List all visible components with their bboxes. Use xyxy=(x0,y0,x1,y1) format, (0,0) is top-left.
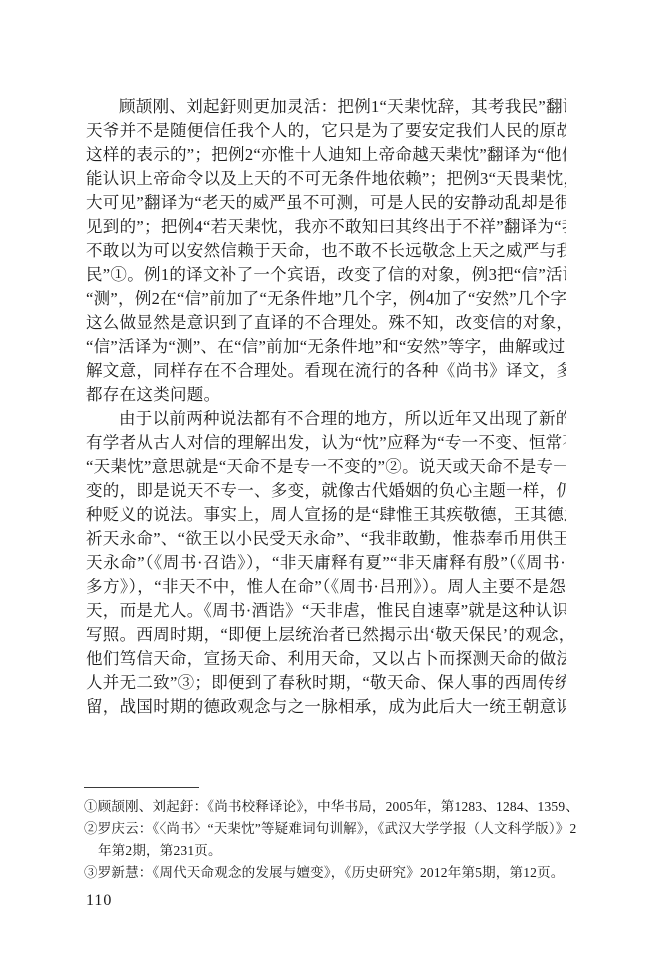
body-line: 解文意，同样存在不合理处。看现在流行的各种《尚书》译文，多多少少 xyxy=(86,359,566,383)
body-line: 种贬义的说法。事实上，周人宣扬的是“肆惟王其疾敬德，王其德之，用 xyxy=(86,503,566,527)
body-line: 见到的”；把例4“若天棐忱，我亦不敢知曰其终出于不祥”翻译为“我也 xyxy=(86,215,566,239)
body-line: 天爷并不是随便信任我个人的，它只是为了要安定我们人民的原故才有 xyxy=(86,119,566,143)
body-line: 这么做显然是意识到了直译的不合理处。殊不知，改变信的对象，把 xyxy=(86,311,566,335)
body-line: 留，战国时期的德政观念与之一脉相承，成为此后大一统王朝意识形态 xyxy=(86,695,566,719)
body-line: 大可见”翻译为“老天的威严虽不可测，可是人民的安静动乱却是很容易 xyxy=(86,191,566,215)
footnote-line: ③罗新慧：《周代天命观念的发展与嬗变》，《历史研究》2012年第5期，第12页。 xyxy=(84,862,576,884)
body-line: 人并无二致”③；即便到了春秋时期，“敬天命、保人事的西周传统依然存 xyxy=(86,671,566,695)
body-line: 这样的表示的”；把例2“亦惟十人迪知上帝命越天棐忱”翻译为“他们都 xyxy=(86,143,566,167)
body-line: “信”活译为“测”、在“信”前加“无条件地”和“安然”等字，曲解或过度理 xyxy=(86,335,566,359)
body-text-block: 顾颉刚、刘起釪则更加灵活：把例1“天棐忱辞，其考我民”翻译为“老 天爷并不是随便… xyxy=(86,95,566,719)
footnote-line-continuation: 年第2期，第231页。 xyxy=(84,840,576,862)
body-line: 民”①。例1的译文补了一个宾语，改变了信的对象，例3把“信”活译为 xyxy=(86,263,566,287)
footnote-separator-rule xyxy=(84,787,199,788)
body-line: 不敢以为可以安然信赖于天命，也不敢不长远敬念上天之威严与我下 xyxy=(86,239,566,263)
body-line: 天永命”（《周书·召诰》），“非天庸释有夏”“非天庸释有殷”（《周书· xyxy=(86,551,566,575)
body-line: 天，而是尤人。《周书·酒诰》“天非虐，惟民自速辜”就是这种认识的 xyxy=(86,599,566,623)
body-line: 多方》），“非天不中，惟人在命”（《周书·吕刑》）。周人主要不是怨 xyxy=(86,575,566,599)
body-line: 由于以前两种说法都有不合理的地方，所以近年又出现了新的说法。 xyxy=(86,407,566,431)
footnotes-section: ①顾颉刚、刘起釪：《尚书校释译论》，中华书局，2005年，第1283、1284、… xyxy=(84,787,576,884)
body-line: “测”，例2在“信”前加了“无条件地”几个字，例4加了“安然”几个字。 xyxy=(86,287,566,311)
body-line: 他们笃信天命，宣扬天命、利用天命，又以占卜而探测天命的做法，与殷 xyxy=(86,647,566,671)
page-number: 110 xyxy=(86,892,112,910)
body-line: “天棐忱”意思就是“天命不是专一不变的”②。说天或天命不是专一不 xyxy=(86,455,566,479)
body-line: 都存在这类问题。 xyxy=(86,383,566,407)
body-line: 能认识上帝命令以及上天的不可无条件地依赖”；把例3“天畏棐忱，民情 xyxy=(86,167,566,191)
body-line: 变的，即是说天不专一、多变，就像古代婚姻的负心主题一样，仍然是一 xyxy=(86,479,566,503)
footnote-line: ②罗庆云：《〈尚书〉“天棐忱”等疑难词句训解》，《武汉大学学报（人文科学版）》2… xyxy=(84,818,576,840)
body-line: 祈天永命”、“欲王以小民受天永命”、“我非敢勤，惟恭奉币用供王能祈 xyxy=(86,527,566,551)
body-line: 顾颉刚、刘起釪则更加灵活：把例1“天棐忱辞，其考我民”翻译为“老 xyxy=(86,95,566,119)
book-page: 顾颉刚、刘起釪则更加灵活：把例1“天棐忱辞，其考我民”翻译为“老 天爷并不是随便… xyxy=(0,0,650,973)
body-line: 有学者从古人对信的理解出发，认为“忱”应释为“专一不变、恒常不变”， xyxy=(86,431,566,455)
body-line: 写照。西周时期，“即便上层统治者已然揭示出‘敬天保民’的观念，但 xyxy=(86,623,566,647)
footnote-line: ①顾颉刚、刘起釪：《尚书校释译论》，中华书局，2005年，第1283、1284、… xyxy=(84,796,576,818)
